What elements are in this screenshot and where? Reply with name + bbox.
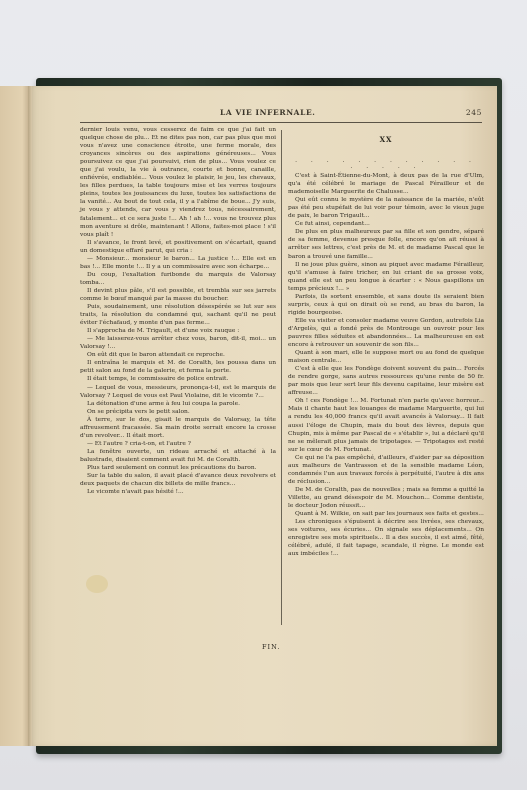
paragraph: — Lequel de vous, messieurs, prononça-t-… — [80, 384, 276, 400]
column-divider — [281, 130, 282, 625]
paragraph: Sur la table du salon, il avait placé d'… — [80, 472, 276, 488]
paragraph: Du coup, l'exaltation furibonde du marqu… — [80, 271, 276, 287]
paragraph: Il s'avance, le front levé, et positivem… — [80, 239, 276, 255]
paragraph: Qui eût connu le mystère de la naissance… — [288, 196, 484, 220]
paragraph: — Et l'autre ? cria-t-on, et l'autre ? — [80, 440, 276, 448]
paragraph: C'est à Saint-Étienne-du-Mont, à deux pa… — [288, 172, 484, 196]
paragraph: Oh ! ces Fondège !... M. Fortunat n'en p… — [288, 397, 484, 453]
right-column: XX . . . . . . . . . . . . . . . . . C'e… — [288, 126, 484, 558]
paragraph: Les chroniques s'épuisent à décrire ses … — [288, 518, 484, 558]
paragraph: Elle va visiter et consoler madame veuve… — [288, 317, 484, 349]
header-rule — [80, 122, 482, 123]
page-number: 245 — [466, 108, 482, 117]
paragraph: On se précipita vers le petit salon. — [80, 408, 276, 416]
paragraph: Le vicomte n'avait pas hésité !... — [80, 488, 276, 496]
running-head: LA VIE INFERNALE. 245 — [80, 108, 490, 120]
paragraph: dernier louis venu, vous cesserez de fai… — [80, 126, 276, 239]
paragraph: Quant à son mari, elle le suppose mort o… — [288, 349, 484, 365]
paragraph: La détonation d'une arme à feu lui coupa… — [80, 400, 276, 408]
paragraph: — Monsieur... monsieur le baron... La ju… — [80, 255, 276, 271]
paragraph: Il entraîna le marquis et M. de Coralth,… — [80, 359, 276, 375]
page-gutter — [28, 86, 32, 746]
chapter-heading: XX — [288, 136, 484, 144]
left-column: dernier louis venu, vous cesserez de fai… — [80, 126, 276, 496]
paragraph: Il devint plus pâle, s'il est possible, … — [80, 287, 276, 303]
paragraph: Ce fut ainsi, cependant... — [288, 220, 484, 228]
paragraph: On eût dit que le baron attendait ce rep… — [80, 351, 276, 359]
paragraph: De M. de Coralth, pas de nouvelles ; mai… — [288, 486, 484, 510]
paragraph: Il était temps, le commissaire de police… — [80, 375, 276, 383]
paragraph: — Me laisserez-vous arrêter chez vous, b… — [80, 335, 276, 351]
paragraph: Il s'approcha de M. Trigault, et d'une v… — [80, 327, 276, 335]
paragraph: À terre, sur le dos, gisait le marquis d… — [80, 416, 276, 440]
page-stain — [86, 575, 108, 593]
paragraph: De plus en plus malheureux par sa fille … — [288, 228, 484, 260]
paragraph: Ce qui ne l'a pas empêché, d'ailleurs, d… — [288, 454, 484, 486]
paragraph: Quant à M. Wilkie, on sait par les journ… — [288, 510, 484, 518]
paragraph: Puis, soudainement, une résolution déses… — [80, 303, 276, 327]
running-title: LA VIE INFERNALE. — [220, 108, 315, 117]
paragraph: Plus tard seulement on connut les précau… — [80, 464, 276, 472]
paragraph: C'est à elle que les Fondège doivent sou… — [288, 365, 484, 397]
section-separator: . . . . . . . . . . . . . . . . . — [288, 158, 484, 170]
paragraph: La fenêtre ouverte, un rideau arraché et… — [80, 448, 276, 464]
paragraph: Il ne joue plus guère, sinon au piquet a… — [288, 261, 484, 293]
previous-page-edge — [0, 86, 29, 746]
end-marker: FIN. — [262, 643, 280, 651]
paragraph: Parfois, ils sortent ensemble, et sans d… — [288, 293, 484, 317]
